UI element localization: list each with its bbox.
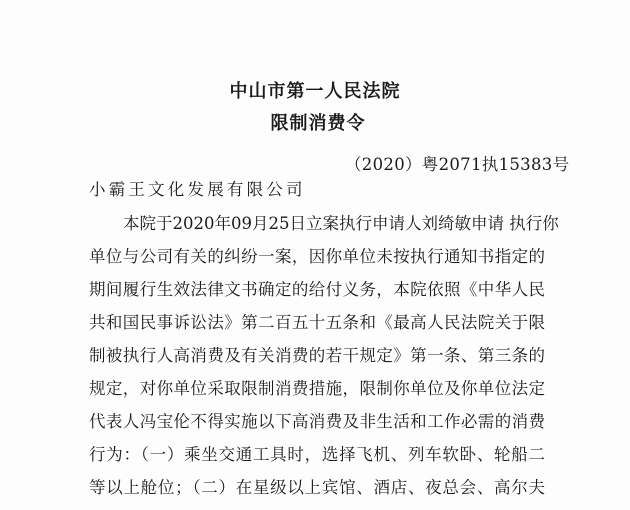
- body-paragraph: 本院于2020年09月25日立案执行申请人刘绮敏申请 执行你 单位与公司有关的纠…: [89, 211, 545, 508]
- body-line: 规定，对你单位采取限制消费措施，限制你单位及你单位法定: [89, 376, 545, 409]
- body-line: 单位与公司有关的纠纷一案，因你单位未按执行通知书指定的: [89, 244, 545, 277]
- addressee: 小霸王文化发展有限公司: [89, 176, 306, 200]
- document-type-title: 限制消费令: [3, 109, 630, 135]
- body-line: 期间履行生效法律文书确定的给付义务，本院依照《中华人民: [89, 277, 545, 310]
- body-line: 行为：（一）乘坐交通工具时，选择飞机、列车软卧、轮船二: [89, 442, 545, 475]
- case-number: （2020）粤2071执15383号: [345, 151, 569, 175]
- body-line: 制被执行人高消费及有关消费的若干规定》第一条、第三条的: [89, 343, 545, 376]
- body-line: 代表人冯宝伦不得实施以下高消费及非生活和工作必需的消费: [89, 409, 545, 442]
- body-line: 共和国民事诉讼法》第二百五十五条和《最高人民法院关于限: [89, 310, 545, 343]
- body-line: 本院于2020年09月25日立案执行申请人刘绮敏申请 执行你: [89, 211, 545, 244]
- court-name: 中山市第一人民法院: [0, 77, 630, 103]
- body-line: 等以上舱位；（二）在星级以上宾馆、酒店、夜总会、高尔夫: [89, 475, 545, 508]
